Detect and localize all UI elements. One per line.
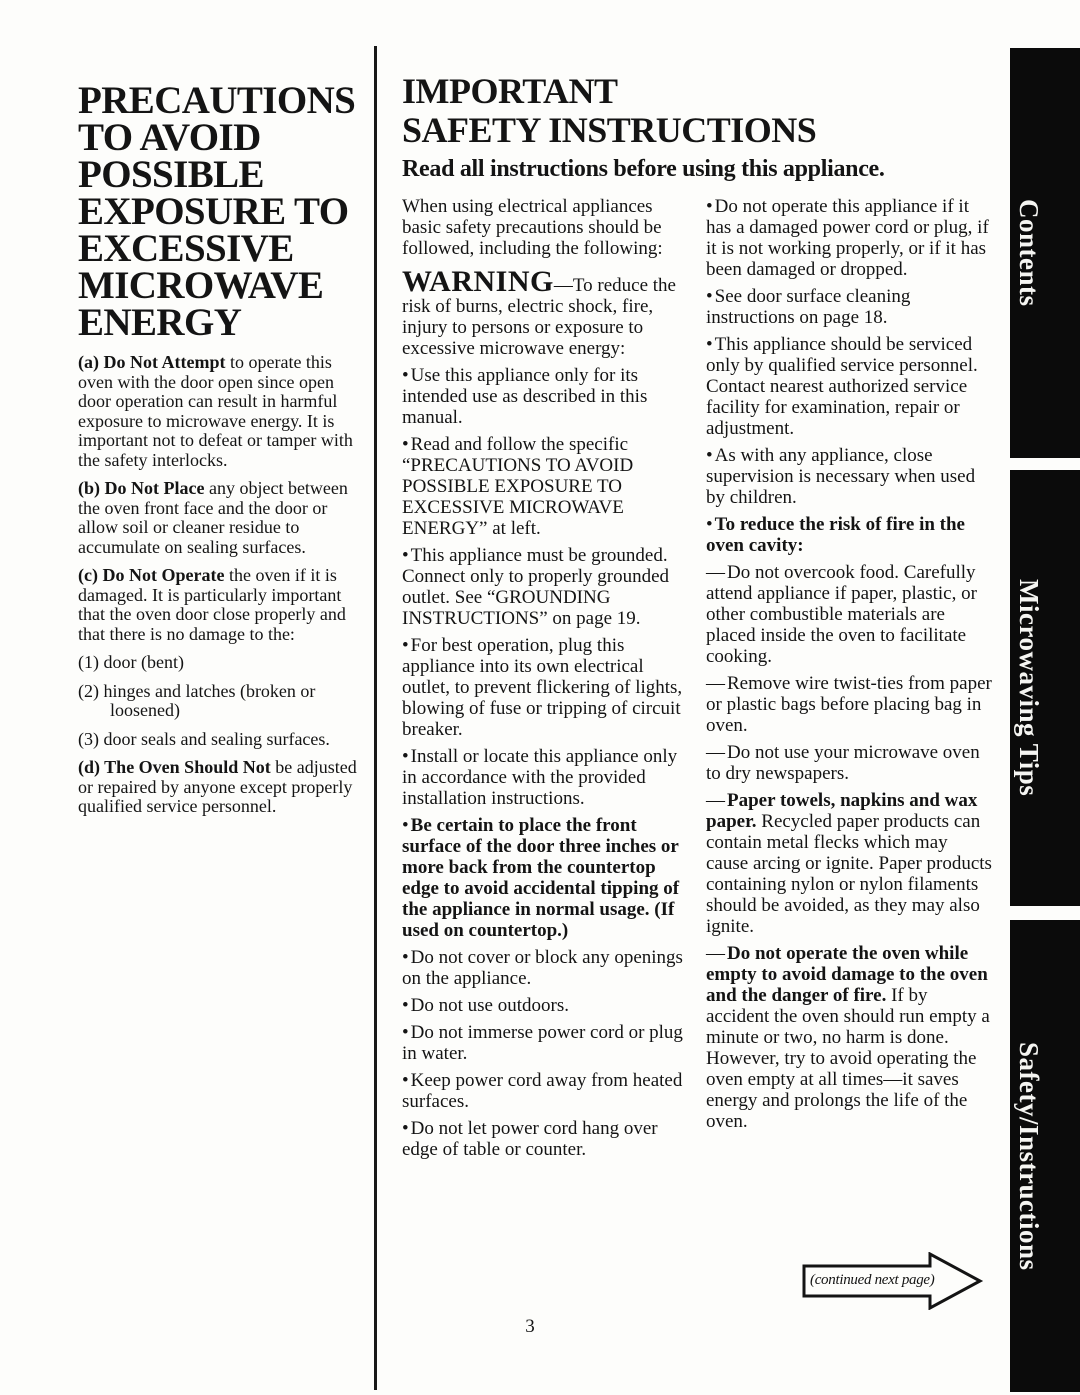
warning-word: WARNING xyxy=(402,265,554,298)
bullet-marker: • xyxy=(706,445,715,466)
bullet-marker: • xyxy=(706,196,715,217)
item-lead: (d) The Oven Should Not xyxy=(78,757,271,777)
bullet-item: •Do not operate this appliance if it has… xyxy=(706,196,994,280)
heading-line: ENERGY xyxy=(78,304,368,341)
numbered-item: (2) hinges and latches (broken or loosen… xyxy=(78,682,368,721)
dash-item: —Remove wire twist-ties from paper or pl… xyxy=(706,673,994,736)
warning-paragraph: WARNING—To reduce the risk of burns, ele… xyxy=(402,271,694,359)
bullet-item: •Do not cover or block any openings on t… xyxy=(402,947,694,989)
dash-item: —Do not overcook food. Carefully attend … xyxy=(706,562,994,667)
bullet-item: •Install or locate this appliance only i… xyxy=(402,746,694,809)
bullet-item: •This appliance must be grounded. Connec… xyxy=(402,545,694,629)
precautions-section: PRECAUTIONS TO AVOID POSSIBLE EXPOSURE T… xyxy=(78,82,368,826)
bullet-item: •See door surface cleaning instructions … xyxy=(706,286,994,328)
heading-line: EXPOSURE TO xyxy=(78,193,368,230)
manual-page: PRECAUTIONS TO AVOID POSSIBLE EXPOSURE T… xyxy=(0,0,1080,1395)
dash-marker: — xyxy=(706,943,727,964)
heading-line: EXCESSIVE xyxy=(78,230,368,267)
bullet-item: •Do not use outdoors. xyxy=(402,995,694,1016)
bullet-item: •Do not let power cord hang over edge of… xyxy=(402,1118,694,1160)
bullet-marker: • xyxy=(706,334,715,355)
spine-tab-label: Safety/Instructions xyxy=(1010,1042,1044,1271)
spine-tab-label: Contents xyxy=(1010,199,1044,307)
bullet-item: •This appliance should be serviced only … xyxy=(706,334,994,439)
column-divider xyxy=(374,46,377,1390)
numbered-item: (1) door (bent) xyxy=(78,653,368,673)
bullet-marker: • xyxy=(402,545,411,566)
page-number: 3 xyxy=(500,1316,560,1338)
dash-item: —Do not use your microwave oven to dry n… xyxy=(706,742,994,784)
spine-tabs: Contents Microwaving Tips Safety/Instruc… xyxy=(1010,48,1080,1392)
dash-item: —Paper towels, napkins and wax paper. Re… xyxy=(706,790,994,937)
bullet-marker: • xyxy=(402,635,411,656)
intro-paragraph: When using electrical appliances basic s… xyxy=(402,196,694,259)
bullet-marker: • xyxy=(402,1118,411,1139)
heading-line: POSSIBLE xyxy=(78,156,368,193)
spine-tab-microwaving-tips: Microwaving Tips xyxy=(1010,470,1080,906)
dash-item: —Do not operate the oven while empty to … xyxy=(706,943,994,1132)
item-lead: (a) Do Not Attempt xyxy=(78,352,225,372)
numbered-item: (3) door seals and sealing surfaces. xyxy=(78,730,368,750)
bullet-marker: • xyxy=(402,815,411,836)
continued-label: (continued next page) xyxy=(810,1272,928,1289)
page-subtitle: Read all instructions before using this … xyxy=(402,155,1002,183)
bullet-item: •Keep power cord away from heated surfac… xyxy=(402,1070,694,1112)
item-lead: (b) Do Not Place xyxy=(78,478,204,498)
bullet-marker: • xyxy=(402,947,411,968)
precaution-item-c: (c) Do Not Operate the oven if it is dam… xyxy=(78,566,368,644)
item-lead: (c) Do Not Operate xyxy=(78,565,224,585)
heading-line: MICROWAVE xyxy=(78,267,368,304)
bullet-marker: • xyxy=(402,1070,411,1091)
safety-column-1: When using electrical appliances basic s… xyxy=(402,196,694,1166)
bullet-item: •As with any appliance, close supervisio… xyxy=(706,445,994,508)
bullet-item: •Do not immerse power cord or plug in wa… xyxy=(402,1022,694,1064)
safety-column-2: •Do not operate this appliance if it has… xyxy=(706,196,994,1138)
precaution-item-b: (b) Do Not Place any object between the … xyxy=(78,479,368,557)
bullet-marker: • xyxy=(706,286,715,307)
bullet-item: •Use this appliance only for its intende… xyxy=(402,365,694,428)
dash-marker: — xyxy=(706,673,727,694)
heading-line: PRECAUTIONS xyxy=(78,82,368,119)
bullet-marker: • xyxy=(402,365,411,386)
page-title: IMPORTANT xyxy=(402,72,1002,111)
bullet-item: •Read and follow the specific “PRECAUTIO… xyxy=(402,434,694,539)
precaution-item-a: (a) Do Not Attempt to operate this oven … xyxy=(78,353,368,470)
spine-tab-contents: Contents xyxy=(1010,48,1080,458)
page-title: SAFETY INSTRUCTIONS xyxy=(402,111,1002,150)
spine-tab-safety-instructions: Safety/Instructions xyxy=(1010,920,1080,1392)
precaution-item-d: (d) The Oven Should Not be adjusted or r… xyxy=(78,758,368,817)
bullet-marker: • xyxy=(402,1022,411,1043)
bullet-marker: • xyxy=(402,995,411,1016)
spine-tab-label: Microwaving Tips xyxy=(1010,579,1044,796)
bullet-item: •Be certain to place the front surface o… xyxy=(402,815,694,941)
safety-section-header: IMPORTANT SAFETY INSTRUCTIONS Read all i… xyxy=(402,72,1002,183)
dash-marker: — xyxy=(706,562,727,583)
continued-next-page-arrow: (continued next page) xyxy=(802,1252,984,1310)
bullet-marker: • xyxy=(706,514,715,535)
dash-marker: — xyxy=(706,742,727,763)
bullet-marker: • xyxy=(402,434,411,455)
dash-marker: — xyxy=(706,790,727,811)
bullet-marker: • xyxy=(402,746,411,767)
heading-line: TO AVOID xyxy=(78,119,368,156)
precautions-heading: PRECAUTIONS TO AVOID POSSIBLE EXPOSURE T… xyxy=(78,82,368,341)
bullet-item: •For best operation, plug this appliance… xyxy=(402,635,694,740)
bullet-item: •To reduce the risk of fire in the oven … xyxy=(706,514,994,556)
